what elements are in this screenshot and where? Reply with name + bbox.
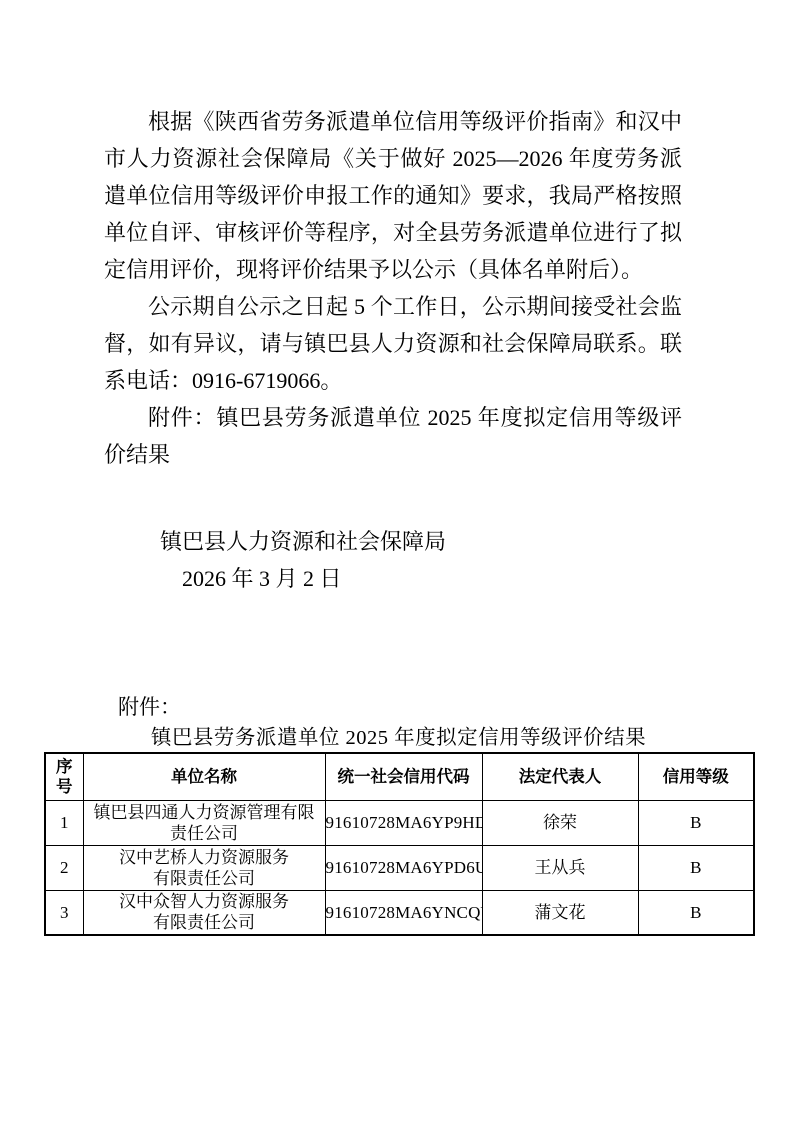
column-header-legal-representative: 法定代表人: [482, 753, 638, 800]
cell-index: 3: [45, 890, 83, 935]
table-row: 3汉中众智人力资源服务 有限责任公司91610728MA6YNCQY0L蒲文花B: [45, 890, 754, 935]
table-row: 2汉中艺桥人力资源服务 有限责任公司91610728MA6YPD6U4N王从兵B: [45, 845, 754, 890]
cell-index: 1: [45, 800, 83, 845]
cell-credit-code: 91610728MA6YPD6U4N: [325, 845, 482, 890]
cell-credit-code: 91610728MA6YP9HD4R: [325, 800, 482, 845]
table-row: 1镇巴县四通人力资源管理有限 责任公司91610728MA6YP9HD4R徐荣B: [45, 800, 754, 845]
signature-organization: 镇巴县人力资源和社会保障局: [104, 523, 682, 560]
cell-legal-representative: 徐荣: [482, 800, 638, 845]
column-header-credit-rating: 信用等级: [638, 753, 754, 800]
attachment-label: 附件：: [118, 692, 753, 722]
column-header-credit-code: 统一社会信用代码: [325, 753, 482, 800]
signature-date: 2026 年 3 月 2 日: [104, 560, 682, 597]
credit-rating-table: 序 号单位名称统一社会信用代码法定代表人信用等级 1镇巴县四通人力资源管理有限 …: [44, 752, 755, 936]
paragraph-attachment-reference: 附件：镇巴县劳务派遣单位 2025 年度拟定信用等级评价结果: [104, 399, 682, 473]
paragraph-basis: 根据《陕西省劳务派遣单位信用等级评价指南》和汉中市人力资源社会保障局《关于做好 …: [104, 103, 682, 288]
cell-index: 2: [45, 845, 83, 890]
column-header-company-name: 单位名称: [83, 753, 325, 800]
cell-credit-rating: B: [638, 800, 754, 845]
cell-legal-representative: 王从兵: [482, 845, 638, 890]
signature-block: 镇巴县人力资源和社会保障局 2026 年 3 月 2 日: [104, 523, 682, 597]
cell-company-name: 汉中众智人力资源服务 有限责任公司: [83, 890, 325, 935]
attachment-table-title: 镇巴县劳务派遣单位 2025 年度拟定信用等级评价结果: [44, 724, 753, 752]
attachment-section: 附件： 镇巴县劳务派遣单位 2025 年度拟定信用等级评价结果 序 号单位名称统…: [44, 692, 753, 936]
document-body: 根据《陕西省劳务派遣单位信用等级评价指南》和汉中市人力资源社会保障局《关于做好 …: [104, 103, 682, 597]
cell-company-name: 镇巴县四通人力资源管理有限 责任公司: [83, 800, 325, 845]
column-header-index: 序 号: [45, 753, 83, 800]
document-page: 根据《陕西省劳务派遣单位信用等级评价指南》和汉中市人力资源社会保障局《关于做好 …: [0, 0, 793, 1122]
cell-credit-rating: B: [638, 890, 754, 935]
cell-company-name: 汉中艺桥人力资源服务 有限责任公司: [83, 845, 325, 890]
cell-legal-representative: 蒲文花: [482, 890, 638, 935]
paragraph-publicity-period: 公示期自公示之日起 5 个工作日，公示期间接受社会监督，如有异议，请与镇巴县人力…: [104, 288, 682, 399]
cell-credit-rating: B: [638, 845, 754, 890]
table-header-row: 序 号单位名称统一社会信用代码法定代表人信用等级: [45, 753, 754, 800]
cell-credit-code: 91610728MA6YNCQY0L: [325, 890, 482, 935]
